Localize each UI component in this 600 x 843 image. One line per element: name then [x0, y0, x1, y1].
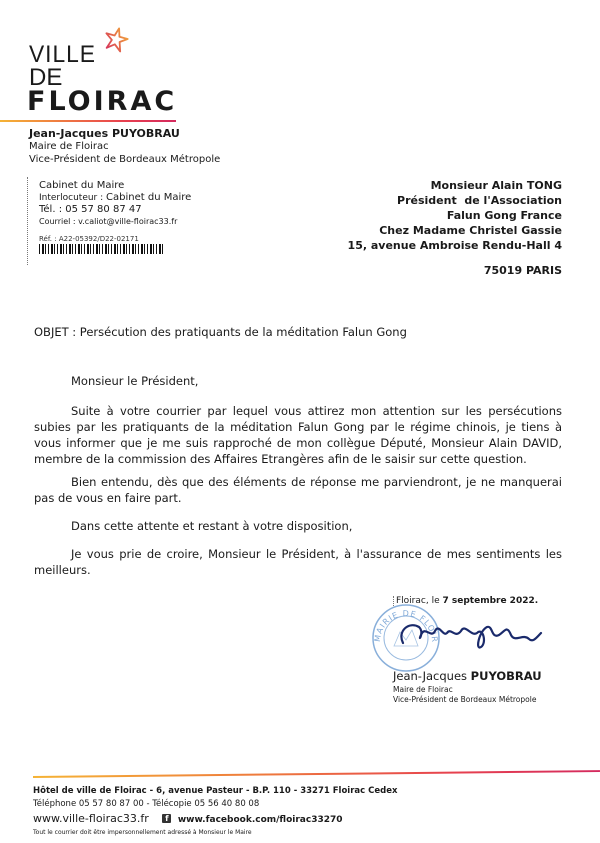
office-label: Cabinet du Maire — [39, 179, 191, 192]
handwritten-signature — [395, 613, 545, 658]
contact-line: Interlocuteur : Cabinet du Maire — [39, 192, 191, 204]
logo-floirac: FLOIRAC — [27, 88, 177, 116]
star-icon — [102, 26, 130, 54]
recipient-line: Président de l'Association — [348, 193, 562, 208]
footer-notice: Tout le courrier doit être impersonnelle… — [33, 829, 252, 836]
logo-ville: VILLE — [29, 44, 96, 66]
signatory-first-name: Jean-Jacques — [393, 669, 467, 683]
signatory-last-name: PUYOBRAU — [471, 669, 542, 683]
recipient-line: Falun Gong France — [348, 208, 562, 223]
sender-title-1: Maire de Floirac — [29, 141, 109, 152]
recipient-line: Chez Madame Christel Gassie — [348, 223, 562, 238]
footer-address: Hôtel de ville de Floirac - 6, avenue Pa… — [33, 786, 397, 796]
signatory-title-1: Maire de Floirac — [393, 685, 453, 694]
signatory-title-2: Vice-Président de Bordeaux Métropole — [393, 695, 536, 704]
reference-block: Cabinet du Maire Interlocuteur : Cabinet… — [27, 177, 191, 265]
footer-links: www.ville-floirac33.fr f www.facebook.co… — [33, 812, 343, 825]
email-line: Courriel : v.caliot@ville-floirac33.fr — [39, 216, 191, 228]
contact-label: Interlocuteur : — [39, 193, 103, 203]
sender-title-2: Vice-Président de Bordeaux Métropole — [29, 154, 220, 165]
recipient-address: Monsieur Alain TONG Président de l'Assoc… — [348, 178, 562, 253]
body-paragraph: Dans cette attente et restant à votre di… — [34, 518, 562, 534]
facebook-icon: f — [162, 814, 171, 823]
recipient-line: Monsieur Alain TONG — [348, 178, 562, 193]
contact-value: Cabinet du Maire — [106, 192, 191, 203]
signature-date: 7 septembre 2022. — [442, 596, 538, 606]
website-link[interactable]: www.ville-floirac33.fr — [33, 812, 149, 825]
signatory-name: Jean-Jacques PUYOBRAU — [393, 669, 542, 683]
closing-paragraph: Je vous prie de croire, Monsieur le Prés… — [34, 546, 562, 578]
barcode — [39, 244, 164, 254]
sender-name: Jean-Jacques PUYOBRAU — [29, 127, 180, 140]
header-divider — [0, 120, 176, 122]
salutation: Monsieur le Président, — [34, 373, 562, 389]
footer-phones: Téléphone 05 57 80 87 00 - Télécopie 05 … — [33, 799, 259, 809]
recipient-line: 15, avenue Ambroise Rendu-Hall 4 — [348, 238, 562, 253]
facebook-link[interactable]: www.facebook.com/floirac33270 — [178, 815, 343, 825]
phone-line: Tél. : 05 57 80 87 47 — [39, 204, 191, 216]
subject-line: OBJET : Persécution des pratiquants de l… — [34, 325, 407, 339]
reference-number: Réf. : A22-05392/D22-02171 — [39, 235, 191, 243]
footer-divider — [33, 770, 600, 778]
recipient-city: 75019 PARIS — [484, 264, 562, 277]
body-paragraph: Bien entendu, dès que des éléments de ré… — [34, 474, 562, 506]
body-paragraph: Suite à votre courrier par lequel vous a… — [34, 403, 562, 467]
